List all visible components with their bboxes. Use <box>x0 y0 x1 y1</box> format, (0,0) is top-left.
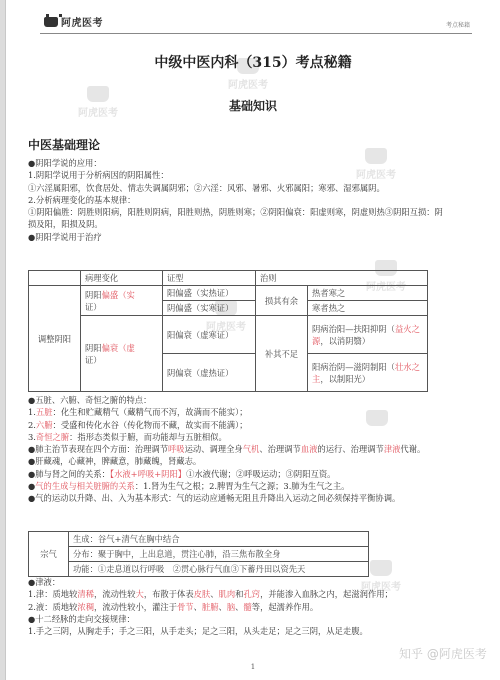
zongqi-cell: 生成：谷气+清气在胸中结合 <box>69 532 369 547</box>
table-header-row: 病理变化 证型 治则 <box>29 271 428 286</box>
table-row: 分布：聚于胸中，上出息道，贯注心肺，沿三焦布散全身 <box>29 547 369 562</box>
yinyang-treatment-table: 病理变化 证型 治则 调整阴阳 阴阳偏盛（实证） 阳偏盛（实热证） 损其有余 热… <box>28 270 428 392</box>
row-label-cell: 宗气 <box>29 532 69 577</box>
yinyang-item-1-detail: ①六淫属阳邪，饮食居处、情志失调属阴邪；②六淫：风邪、暑邪、火邪属阳；寒邪、湿邪… <box>28 182 448 194</box>
principle-cell: 损其有余 <box>256 286 308 316</box>
table-header-cell: 证型 <box>163 271 256 286</box>
meridians-heading: ●十二经脉的走向交接规律： <box>28 613 448 625</box>
organs-heading: ●五脏、六腑、奇恒之腑的特点： <box>28 394 448 406</box>
principle-cell: 补其不足 <box>256 316 308 392</box>
method-cell: 寒者热之 <box>308 301 428 316</box>
syndrome-cell: 阴偏衰（虚热证） <box>163 354 256 392</box>
meridians-item-1: 1.手之三阴，从胸走手；手之三阳，从手走头；足之三阳，从头走足；足之三阴，从足走… <box>28 625 448 637</box>
table-row: 调整阴阳 阴阳偏盛（实证） 阳偏盛（实热证） 损其有余 热者寒之 <box>29 286 428 301</box>
organs-item-2: 2.六腑：受盛和传化水谷（传化物而不藏，故实而不能满）； <box>28 419 448 431</box>
organs-item-1: 1.五脏：化生和贮藏精气（藏精气而不泻，故满而不能实）； <box>28 406 448 418</box>
page-header: 阿虎医考 考点秘籍 <box>40 12 472 34</box>
method-cell: 热者寒之 <box>308 286 428 301</box>
source-watermark: 知乎 @阿虎医考 <box>399 645 487 662</box>
qi-generation: ●气的生成与相关脏腑的关系：1.肾为生气之根；2.脾胃为生气之源；3.肺为生气之… <box>28 480 448 492</box>
yinyang-section: ●阴阳学说的应用： 1.阴阳学说用于分析病因的阴阳属性： ①六淫属阳邪，饮食居处… <box>28 157 448 243</box>
brand-logo: 阿虎医考 <box>44 14 103 29</box>
syndrome-cell: 阳偏衰（虚寒证） <box>163 316 256 354</box>
yinyang-treatment-heading: ●阴阳学说用于治疗 <box>28 231 448 243</box>
yinyang-item-2-detail: ①阴阳偏胜：阴胜则阳病，阳胜则阴病，阳胜则热，阴胜则寒；②阴阳偏衰：阳虚则寒，阴… <box>28 206 448 231</box>
fluids-ye: 2.液：质地较浓稠，流动性较小，灌注于骨节、脏腑、脑、髓等，起濡养作用。 <box>28 601 448 613</box>
qi-movement: ●气的运动以升降、出、入为基本形式：气的运动应通畅无阻且升降出入运动之间必须保持… <box>28 492 448 504</box>
zongqi-table: 宗气 生成：谷气+清气在胸中结合 分布：聚于胸中，上出息道，贯注心肺，沿三焦布散… <box>28 531 369 577</box>
fluids-heading: ●津液： <box>28 576 448 588</box>
yinyang-item-2: 2.分析病理变化的基本规律： <box>28 194 448 206</box>
table-header-cell: 治则 <box>256 271 428 286</box>
table-row: 功能：①走息道以行呼吸 ②贯心脉行气血③下蓄丹田以资先天 <box>29 562 369 577</box>
table-row: 宗气 生成：谷气+清气在胸中结合 <box>29 532 369 547</box>
method-cell: 阳病治阴—滋阴制阳（壮水之主，以制阳光） <box>308 354 428 392</box>
syndrome-cell: 阴偏盛（实寒证） <box>163 301 256 316</box>
method-cell: 阴病治阳—扶阳抑阴（益火之源，以消阴翳） <box>308 316 428 354</box>
yinyang-item-1: 1.阴阳学说用于分析病因的阴阳属性： <box>28 169 448 181</box>
document-page: 阿虎医考 考点秘籍 阿虎医考 阿虎医考 阿虎医考 阿虎医考 阿虎医考 阿虎医考 … <box>6 0 500 680</box>
page-number: 1 <box>6 663 500 671</box>
fluids-section: ●津液： 1.津：质地较清稀，流动性较大，布散于体表皮肤、肌肉和孔窍，并能渗入血… <box>28 576 448 637</box>
lung-kidney-relation: ●肺与肾之间的关系：【水液+呼吸+阴阳】①水液代谢；②呼吸运动；③阴阳互资。 <box>28 468 448 480</box>
yinyang-heading: ●阴阳学说的应用： <box>28 157 448 169</box>
organ-spirits: ●肝藏魂，心藏神，脾藏意，肺藏魄，肾藏志。 <box>28 455 448 467</box>
pathology-cell: 阴阳偏盛（实证） <box>81 286 163 316</box>
document-title: 中级中医内科（315）考点秘籍 <box>6 52 500 72</box>
zongqi-cell: 功能：①走息道以行呼吸 ②贯心脉行气血③下蓄丹田以资先天 <box>69 562 369 577</box>
row-label-cell: 调整阴阳 <box>29 286 81 392</box>
table-header-cell: 病理变化 <box>81 271 163 286</box>
lung-regulation: ●肺主治节表现在四个方面：治理调节呼吸运动、调理全身气机、治理调节血液的运行、治… <box>28 443 448 455</box>
syndrome-cell: 阳偏盛（实热证） <box>163 286 256 301</box>
table-row: 阴阳偏衰（虚证） 阳偏衰（虚寒证） 补其不足 阴病治阳—扶阳抑阴（益火之源，以消… <box>29 316 428 354</box>
header-section-label: 考点秘籍 <box>446 20 470 29</box>
brand-name: 阿虎医考 <box>61 14 103 29</box>
tiger-logo-icon <box>44 17 58 27</box>
pathology-cell: 阴阳偏衰（虚证） <box>81 316 163 392</box>
fluids-jin: 1.津：质地较清稀，流动性较大，布散于体表皮肤、肌肉和孔窍，并能渗入血脉之内，起… <box>28 588 448 600</box>
document-subtitle: 基础知识 <box>6 97 500 114</box>
organs-item-3: 3.奇恒之腑：指形态类似于腑，而功能却与五脏相似。 <box>28 431 448 443</box>
organs-section: ●五脏、六腑、奇恒之腑的特点： 1.五脏：化生和贮藏精气（藏精气而不泻，故满而不… <box>28 394 448 505</box>
zongqi-cell: 分布：聚于胸中，上出息道，贯注心肺，沿三焦布散全身 <box>69 547 369 562</box>
watermark-logo-icon <box>370 560 392 576</box>
section-title: 中医基础理论 <box>28 136 100 153</box>
